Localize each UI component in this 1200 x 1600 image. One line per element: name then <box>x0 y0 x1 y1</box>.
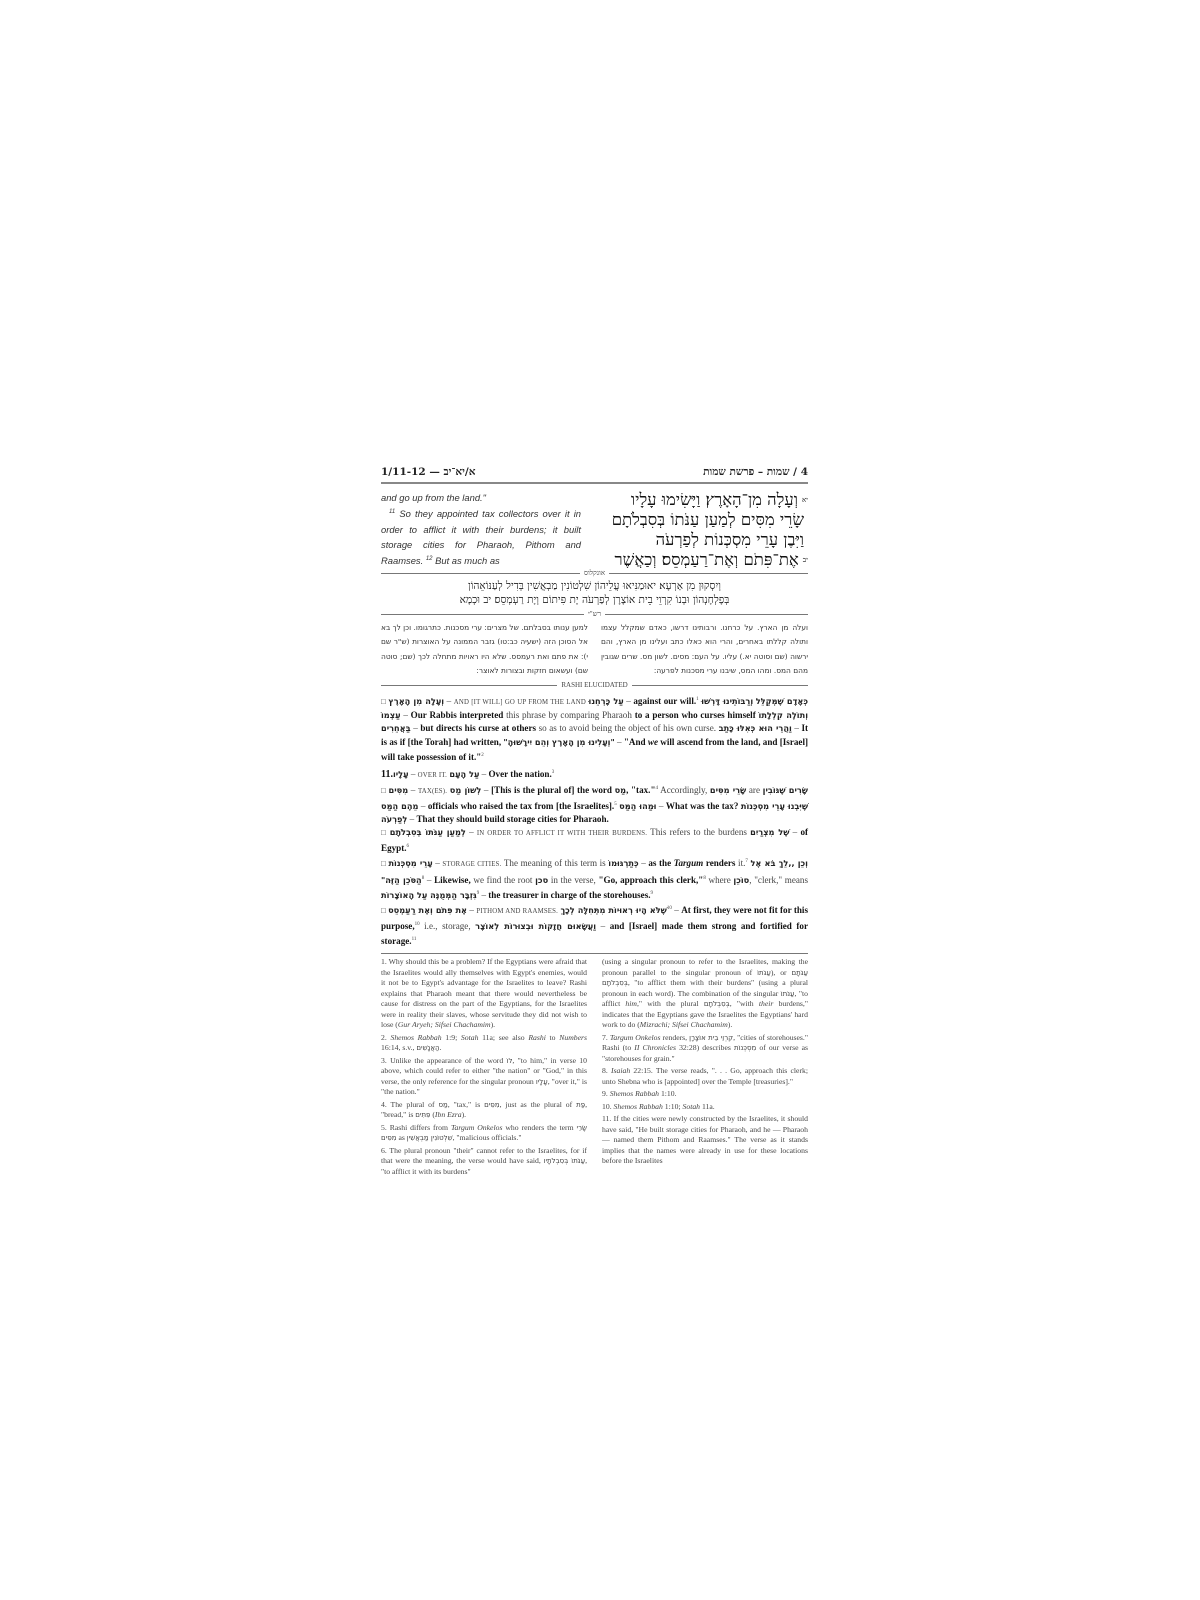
text: – <box>656 801 665 811</box>
text: ). <box>728 1020 732 1029</box>
square-bullet-icon: □ <box>381 786 389 795</box>
footnote: 5. Rashi differs from Targum Onkelos who… <box>381 1123 587 1144</box>
hebrew-phrase: שִׁלְטוֹנִין מַבְאֲשִׁין <box>407 1134 453 1142</box>
text: , "to afflict them with their burdens" (… <box>602 978 808 998</box>
text: This refers to the burdens <box>647 827 750 837</box>
text: Accordingly, <box>658 785 710 795</box>
onkelos-divider: אונקלוס <box>381 568 808 578</box>
text: The meaning of this term is <box>501 858 608 868</box>
bold-translation: [This is the plural of] the word <box>491 785 615 795</box>
caption-lemma: IN ORDER TO AFFLICT IT WITH THEIR BURDEN… <box>477 830 647 837</box>
hebrew-verse-line: שָׂרֵי מִסִּים לְמַעַן עַנֹּתוֹ בְּסִבְל… <box>590 510 808 530</box>
text: ). <box>462 1110 466 1119</box>
rashi-column-right: ועלה מן הארץ. על כרחנו. ורבותינו דרשו, כ… <box>601 621 808 678</box>
bold-translation: What was the tax? <box>666 801 739 811</box>
text: , "tax," is <box>448 1100 484 1109</box>
text: – <box>418 801 427 811</box>
elucidated-paragraph: □ עָרֵי מִסְכְּנוֹת – STORAGE CITIES. Th… <box>381 855 808 901</box>
hebrew-phrase: גִּזְבָּר הַמְּמֻנֶּה עַל הָאוֹצָרוֹת <box>381 890 477 900</box>
hebrew-phrase: סכן <box>535 875 548 885</box>
rashi-divider: רש"י <box>381 609 808 619</box>
verse-line-text: וְעָלָה מִן־הָאָרֶץ׃ וַיָּשִׂימוּ עָלָיו <box>631 490 798 509</box>
text: 5. Rashi differs from <box>381 1123 451 1132</box>
running-head-right: 4 / שמות – פרשת שמות <box>703 466 808 478</box>
onkelos-line: בְּפָלְחָנְהוֹן וּבְנוֹ קִרְוֵי בֵית אוֹ… <box>419 593 770 607</box>
footnote: (using a singular pronoun to refer to th… <box>602 957 808 1031</box>
text: , "with <box>730 999 759 1008</box>
hebrew-phrase: סוֹכֵן <box>733 875 749 885</box>
bold-translation: "Go, approach this clerk," <box>598 875 703 885</box>
verse-line-text: אֶת־פִּתֹם וְאֶת־רַעַמְסֵס׃ וְכַאֲשֶׁר <box>615 550 799 569</box>
hebrew-phrase: מַס <box>615 785 627 795</box>
citation: him <box>625 999 637 1008</box>
english-translation: and go up from the land." 11 So they app… <box>381 490 581 566</box>
text: – <box>596 921 610 931</box>
text: – <box>467 905 476 915</box>
hebrew-phrase: וְעָלָה מִן הָאָרֶץ <box>388 696 444 706</box>
citation: Numbers <box>559 1033 587 1042</box>
text: – <box>481 785 491 795</box>
verse-number: יא <box>802 496 808 504</box>
footnote-ref: 3 <box>552 770 555 775</box>
hebrew-phrase: שֶׁל מִצְרַיִם <box>750 827 789 837</box>
hebrew-phrase: וַעֲשָׂאוּם חֲזָקוֹת וּבְצוּרוֹת לְאוֹצָ… <box>475 921 596 931</box>
text: – <box>401 710 411 720</box>
bold-translation: , "tax." <box>626 785 655 795</box>
text: – <box>424 875 434 885</box>
bold-translation: Likewise, <box>434 875 471 885</box>
text: ). <box>491 1020 495 1029</box>
citation: II Chronicles <box>634 1043 676 1052</box>
hebrew-phrase: עָלָיו <box>393 769 409 779</box>
bold-translation: renders <box>703 858 735 868</box>
hebrew-verse-line: יבאֶת־פִּתֹם וְאֶת־רַעַמְסֵס׃ וְכַאֲשֶׁר <box>590 550 808 570</box>
text: to <box>546 1033 559 1042</box>
hebrew-phrase: מִסִּים <box>389 785 409 795</box>
bold-translation: to a person who curses himself <box>635 710 756 720</box>
hebrew-phrase: "וְעָלִינוּ מִן הָאָרֶץ וְהֵם יִירָשׁוּה… <box>503 737 614 747</box>
hebrew-phrase: לְמַעַן עַנֹּתוֹ בְּסִבְלֹתָם <box>390 827 466 837</box>
hebrew-phrase: עַנֹּתוֹ בְּסִבְלֹתָיו <box>544 1157 586 1165</box>
elucidated-label: RASHI ELUCIDATED <box>557 680 631 690</box>
text: ," with the plural <box>637 999 704 1008</box>
verse-block: and go up from the land." 11 So they app… <box>381 490 808 566</box>
text: 1. Why should this be a problem? If the … <box>381 957 587 1029</box>
text: – <box>792 723 802 733</box>
bold-translation: "And <box>624 737 648 747</box>
text: in the verse, <box>548 875 598 885</box>
footnote-rule <box>381 953 808 954</box>
verse-number: 11 <box>389 509 395 515</box>
text: 7. <box>602 1033 610 1042</box>
citation: Sotah <box>683 1102 701 1111</box>
text: 9. <box>602 1089 610 1098</box>
text: , "malicious officials." <box>453 1133 522 1142</box>
verse-line-text: וַיִּבֶן עָרֵי מִסְכְּנוֹת לְפַרְעֹה <box>656 530 804 549</box>
text: 16:14, s.v., <box>381 1043 416 1052</box>
footnote: 11. If the cities were newly constructed… <box>602 1114 808 1167</box>
text: 32:28) describes <box>676 1043 734 1052</box>
text: – <box>433 858 443 868</box>
hebrew-phrase: וְרַבּוֹתֵינוּ דָּרְשׁוּ <box>701 696 753 706</box>
hebrew-phrase: וּמַהוּ הַמַּס <box>619 801 656 811</box>
text: 8. <box>602 1066 611 1075</box>
onkelos-label: אונקלוס <box>580 568 609 578</box>
elucidated-paragraph: □ מִסִּים – TAX(ES). לְשׁוֹן מַס – [This… <box>381 782 808 826</box>
verse-text: But as much as <box>435 555 500 566</box>
hebrew-phrase: עַנֹּתוֹ <box>757 969 771 977</box>
hebrew-phrase: הַאֲנָשִׁים <box>416 1044 439 1052</box>
hebrew-phrase: מִסְכְּנוֹת <box>734 1044 756 1052</box>
text: 11. If the cities were newly constructed… <box>602 1114 808 1165</box>
text: – <box>444 696 454 706</box>
footnote: 3. Unlike the appearance of the word לוֹ… <box>381 1056 587 1098</box>
citation: Targum Onkelos <box>610 1033 661 1042</box>
hebrew-verse-text: יאוְעָלָה מִן־הָאָרֶץ׃ וַיָּשִׂימוּ עָלָ… <box>590 490 808 566</box>
footnote-ref: 9 <box>651 891 654 896</box>
text: i.e., storage, <box>420 921 476 931</box>
verse-number: 12 <box>426 556 433 562</box>
rashi-column-left: למען ענותו בסבלתם. של מצרים: ערי מסכנות.… <box>381 621 588 678</box>
bold-translation: as the <box>648 858 673 868</box>
citation: Shemos Rabbah <box>390 1033 441 1042</box>
text: 11a. <box>700 1102 715 1111</box>
text: 4. The plural of <box>381 1100 438 1109</box>
footnote: 6. The plural pronoun "their" cannot ref… <box>381 1146 587 1178</box>
hebrew-verse-line: וַיִּבֶן עָרֵי מִסְכְּנוֹת לְפַרְעֹה <box>590 530 808 550</box>
elucidated-paragraph: □ אֶת פִּתֹם וְאֶת רַעַמְסֵס – PITHOM AN… <box>381 902 808 948</box>
hebrew-phrase: בְּסִבְלֹתָם <box>704 1000 730 1008</box>
citation: their <box>759 999 774 1008</box>
text: – <box>479 890 488 900</box>
rashi-label: רש"י <box>584 609 605 619</box>
text: who renders the term <box>502 1123 576 1132</box>
caption-lemma: TAX(ES). <box>418 788 447 795</box>
text: renders, <box>660 1033 689 1042</box>
citation: Sotah <box>461 1033 479 1042</box>
citation: Mizrachi; Sifsei Chachamim <box>640 1020 728 1029</box>
bold-italic-text: we <box>648 737 658 747</box>
footnote-ref: 2 <box>481 753 484 758</box>
verse-number: 11. <box>381 768 393 781</box>
text: 22:15. The verse reads, ". . . Go, appro… <box>602 1066 808 1086</box>
citation: Targum Onkelos <box>451 1123 503 1132</box>
hebrew-verse-line: יאוְעָלָה מִן־הָאָרֶץ׃ וַיָּשִׂימוּ עָלָ… <box>590 490 808 510</box>
text: 1:10; <box>663 1102 683 1111</box>
translation-line: and go up from the land." <box>381 490 581 505</box>
text: . <box>440 1043 442 1052</box>
text: – <box>639 858 649 868</box>
hebrew-phrase: מַס <box>438 1101 447 1109</box>
text: – <box>411 723 421 733</box>
text: 1:9; <box>442 1033 461 1042</box>
hebrew-phrase: וַהֲרֵי הוּא כְּאִלּוּ כָּתַב <box>719 723 792 733</box>
footnotes-column-left: 1. Why should this be a problem? If the … <box>381 957 587 1179</box>
caption-lemma: OVER IT. <box>418 772 447 779</box>
hebrew-phrase: עַנֹּתוֹ <box>781 990 795 998</box>
citation: Shemos Rabbah <box>610 1089 659 1098</box>
text: 10. <box>602 1102 614 1111</box>
citation: Rashi <box>528 1033 546 1042</box>
elucidated-paragraph: □ וְעָלָה מִן הָאָרֶץ – AND [IT WILL] GO… <box>381 693 808 764</box>
header-rule <box>381 482 808 484</box>
elucidated-paragraph: □ לְמַעַן עַנֹּתוֹ בְּסִבְלֹתָם – IN ORD… <box>381 826 808 855</box>
footnote: 9. Shemos Rabbah 1:10. <box>602 1089 808 1100</box>
footnote: 10. Shemos Rabbah 1:10; Sotah 11a. <box>602 1102 808 1113</box>
citation: Isaiah <box>611 1066 630 1075</box>
text: , "clerk," means <box>749 875 808 885</box>
hebrew-phrase: עַל כָּרְחֵנוּ <box>589 696 624 706</box>
text: 1:10. <box>659 1089 677 1098</box>
citation: Ibn Ezra <box>435 1110 462 1119</box>
bold-translation: Our Rabbis interpreted <box>411 710 504 720</box>
text: we find the root <box>471 875 535 885</box>
bold-translation: the treasurer in charge of the storehous… <box>488 890 650 900</box>
text: where <box>706 875 734 885</box>
caption-lemma: STORAGE CITIES. <box>442 861 501 868</box>
hebrew-phrase: פִּתִּים <box>415 1111 430 1119</box>
elucidated-divider: RASHI ELUCIDATED <box>381 680 808 690</box>
bold-translation: against our will. <box>633 696 696 706</box>
hebrew-phrase: שָׂרֵי מִסִּים <box>710 785 746 795</box>
text: ), or <box>771 968 792 977</box>
hebrew-phrase: עָרֵי מִסְכְּנוֹת <box>388 858 432 868</box>
text: – <box>466 827 477 837</box>
footnote: 7. Targum Onkelos renders, קִרְוֵי בֵית … <box>602 1033 808 1065</box>
document-page: 1/11-12 — א/יא־יב 4 / שמות – פרשת שמות a… <box>381 466 808 1179</box>
text: as <box>397 1133 407 1142</box>
bold-translation: Over the nation. <box>488 769 551 779</box>
footnotes-column-right: (using a singular pronoun to refer to th… <box>602 957 808 1179</box>
hebrew-phrase: לְשׁוֹן מַס <box>450 785 481 795</box>
text: it. <box>735 858 745 868</box>
footnotes: 1. Why should this be a problem? If the … <box>381 957 808 1179</box>
citation: Shemos Rabbah <box>614 1102 663 1111</box>
caption-lemma: PITHOM AND RAAMSES. <box>476 908 558 915</box>
bold-italic-text: Targum <box>674 858 703 868</box>
text: – <box>615 737 624 747</box>
onkelos-line: וְיִסְקוּן מִן אַרְעָא׃ יאוּמַנִּיאוּ עֲ… <box>419 579 770 593</box>
running-head: 1/11-12 — א/יא־יב 4 / שמות – פרשת שמות <box>381 466 808 480</box>
hebrew-phrase: פַּת <box>576 1101 585 1109</box>
text: – <box>624 696 634 706</box>
footnote: 4. The plural of מַס, "tax," is מִסִּים,… <box>381 1100 587 1121</box>
hebrew-phrase: שֶׁלֹּא הָיוּ רְאוּיוֹת מִתְּחִלָּה לְכָ… <box>560 905 666 915</box>
text: this phrase by comparing Pharaoh <box>503 710 634 720</box>
verse-line-text: שָׂרֵי מִסִּים לְמַעַן עַנֹּתוֹ בְּסִבְל… <box>612 510 804 529</box>
footnote: 8. Isaiah 22:15. The verse reads, ". . .… <box>602 1066 808 1087</box>
bold-translation: but directs his curse at others <box>420 723 536 733</box>
rashi-elucidated: □ וְעָלָה מִן הָאָרֶץ – AND [IT WILL] GO… <box>381 693 808 948</box>
text: 3. Unlike the appearance of the word <box>381 1056 507 1065</box>
footnote-ref: 11 <box>412 937 417 942</box>
text: 11a; see also <box>478 1033 528 1042</box>
onkelos-translation: וְיִסְקוּן מִן אַרְעָא׃ יאוּמַנִּיאוּ עֲ… <box>381 578 808 607</box>
hebrew-phrase: כְּתַרְגּוּמוֹ <box>608 858 638 868</box>
citation: Gur Aryeh; Sifsei Chachamim <box>398 1020 491 1029</box>
elucidated-paragraph: 11. עָלָיו – OVER IT. עַל הָעָם – Over t… <box>381 764 808 782</box>
text: – <box>409 769 418 779</box>
text: – <box>408 785 418 795</box>
bold-translation: That they should build storage cities fo… <box>416 814 608 824</box>
hebrew-phrase: אֶת פִּתֹם וְאֶת רַעַמְסֵס <box>388 905 467 915</box>
footnote: 1. Why should this be a problem? If the … <box>381 957 587 1031</box>
bold-translation: officials who raised the tax from [the I… <box>428 801 614 811</box>
hebrew-phrase: עַל הָעָם <box>449 769 479 779</box>
text: – <box>672 905 681 915</box>
footnote: 2. Shemos Rabbah 1:9; Sotah 11a; see als… <box>381 1033 587 1054</box>
square-bullet-icon: □ <box>381 828 390 837</box>
text: , just as the plural of <box>500 1100 577 1109</box>
verse-number: יב <box>803 556 808 564</box>
hebrew-phrase: מִסִּים <box>484 1101 500 1109</box>
text: – <box>789 827 800 837</box>
rashi-commentary: ועלה מן הארץ. על כרחנו. ורבותינו דרשו, כ… <box>381 621 808 678</box>
hebrew-phrase: קִרְוֵי בֵית אוֹצָרָן <box>689 1034 733 1042</box>
running-head-left: 1/11-12 — א/יא־יב <box>381 466 475 478</box>
translation-verse-11: 11 So they appointed tax collectors over… <box>381 505 581 568</box>
footnote-ref: 6 <box>407 844 410 849</box>
caption-lemma: AND [IT WILL] GO UP FROM THE LAND <box>454 699 586 706</box>
hebrew-phrase: עָלָיו <box>536 1078 548 1086</box>
text: are <box>746 785 762 795</box>
text: so as to avoid being the object of his o… <box>536 723 719 733</box>
